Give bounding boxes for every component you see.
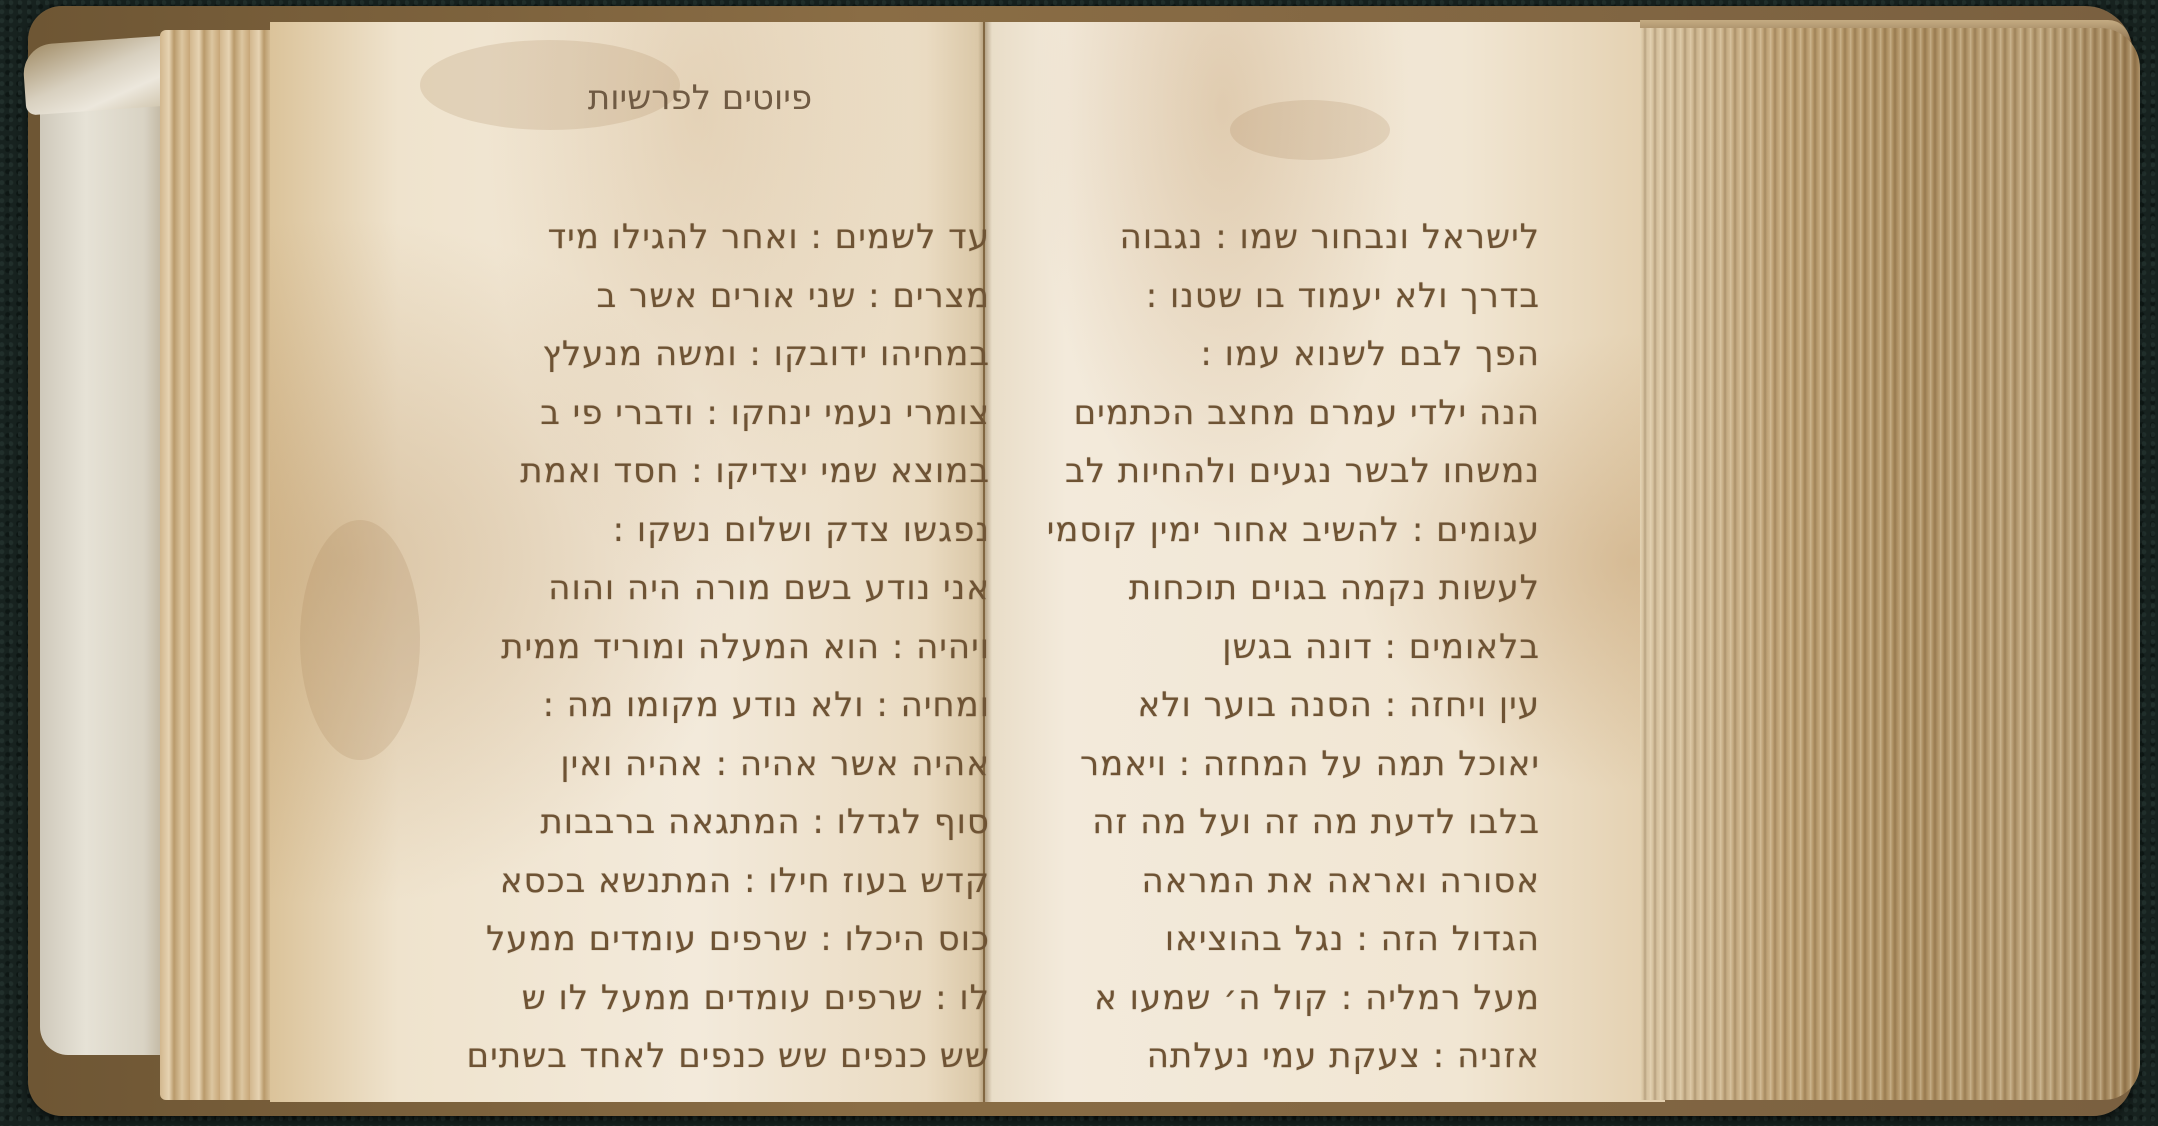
text-line: אסורה ואראה את המראה — [940, 852, 1540, 911]
text-line: נמשחו לבשר נגעים ולהחיות לב — [940, 442, 1540, 501]
text-line: לעשות נקמה בגוים תוכחות — [940, 559, 1540, 618]
left-page-text: עד לשמים : ואחר להגילו מיד מצרים : שני א… — [310, 208, 990, 1086]
text-line: ויהיה : הוא המעלה ומוריד ממית — [310, 618, 990, 677]
text-line: עין ויחזה : הסנה בוער ולא — [940, 676, 1540, 735]
text-line: כוס היכלו : שרפים עומדים ממעל — [310, 910, 990, 969]
page-header: פיוטים לפרשיות — [530, 78, 870, 118]
text-line: במחיהו ידובקו : ומשה מנעלץ — [310, 325, 990, 384]
stain — [1230, 100, 1390, 160]
text-line: סוף לגדלו : המתגאה ברבבות — [310, 793, 990, 852]
text-line: במוצא שמי יצדיקו : חסד ואמת — [310, 442, 990, 501]
text-line: קדש בעוז חילו : המתנשא בכסא — [310, 852, 990, 911]
text-line: יאוכל תמה על המחזה : ויאמר — [940, 735, 1540, 794]
text-line: הנה ילדי עמרם מחצב הכתמים — [940, 384, 1540, 443]
text-line: בלאומים : דונה בגשן — [940, 618, 1540, 677]
text-line: עגומים : להשיב אחור ימין קוסמי — [940, 501, 1540, 560]
text-line: הגדול הזה : נגל בהוציאו — [940, 910, 1540, 969]
text-line: בלבו לדעת מה זה ועל מה זה — [940, 793, 1540, 852]
text-line: בדרך ולא יעמוד בו שטנו : — [940, 267, 1540, 326]
text-line: מעל רמליה : קול ה׳ שמעו א — [940, 969, 1540, 1028]
flyleaf — [40, 55, 170, 1055]
text-line: מצרים : שני אורים אשר ב — [310, 267, 990, 326]
text-line: לישראל ונבחור שמו : נגבוה — [940, 208, 1540, 267]
fore-edge — [1640, 28, 2140, 1100]
text-line: ומחיה : ולא נודע מקומו מה : — [310, 676, 990, 735]
text-line: עד לשמים : ואחר להגילו מיד — [310, 208, 990, 267]
text-line: אני נודע בשם מורה היה והוה — [310, 559, 990, 618]
text-line: צומרי נעמי ינחקו : ודברי פי ב — [310, 384, 990, 443]
text-line: אהיה אשר אהיה : אהיה ואין — [310, 735, 990, 794]
text-line: שש כנפים שש כנפים לאחד בשתים — [310, 1027, 990, 1086]
text-line: לו : שרפים עומדים ממעל לו ש — [310, 969, 990, 1028]
text-line: הפך לבם לשנוא עמו : — [940, 325, 1540, 384]
right-page-text: לישראל ונבחור שמו : נגבוה בדרך ולא יעמוד… — [940, 208, 1540, 1086]
text-line: נפגשו צדק ושלום נשקו : — [310, 501, 990, 560]
text-line: אזניה : צעקת עמי נעלתה — [940, 1027, 1540, 1086]
